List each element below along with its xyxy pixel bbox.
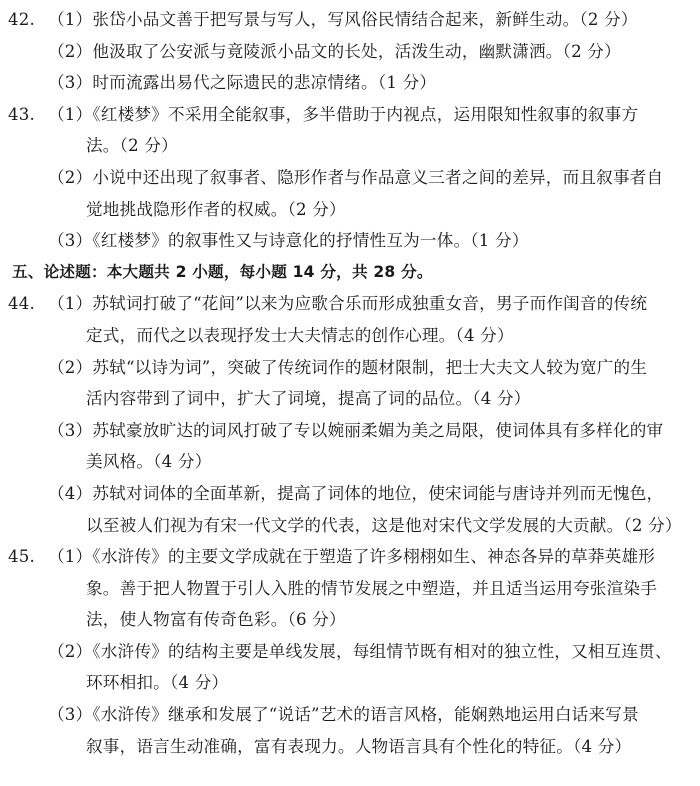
item-label: （3）	[48, 231, 92, 250]
item-text: 《水浒传》继承和发展了“说话”艺术的语言风格，能娴熟地运用白话来写景	[92, 705, 638, 724]
item-text: 《红楼梦》不采用全能叙事，多半借助于内视点，运用限知性叙事的叙事方	[92, 105, 638, 124]
q45-item3-cont: 叙事，语言生动准确，富有表现力。人物语言具有个性化的特征。（4 分）	[0, 731, 700, 763]
q45-item1: 45.（1）《水浒传》的主要文学成就在于塑造了许多栩栩如生、神态各异的草莽英雄形	[0, 541, 700, 573]
answer-document: 42.（1）张岱小品文善于把写景与写人，写风俗民情结合起来，新鲜生动。（2 分）…	[0, 4, 700, 762]
item-text: 张岱小品文善于把写景与写人，写风俗民情结合起来，新鲜生动。（2 分）	[92, 10, 637, 29]
q43-item1-cont: 法。（2 分）	[0, 130, 700, 162]
item-label: （2）	[48, 42, 92, 61]
item-label: （3）	[48, 421, 92, 440]
item-label: （4）	[48, 484, 92, 503]
q43-item3: （3）《红楼梦》的叙事性又与诗意化的抒情性互为一体。（1 分）	[0, 225, 700, 257]
q44-item2: （2）苏轼“以诗为词”，突破了传统词作的题材限制，把士大夫文人较为宽广的生	[0, 352, 700, 384]
q44-item4-cont: 以至被人们视为有宋一代文学的代表，这是他对宋代文学发展的大贡献。（2 分）	[0, 510, 700, 542]
item-label: （2）	[48, 168, 92, 187]
question-number: 44.	[0, 288, 48, 320]
item-text: 《红楼梦》的叙事性又与诗意化的抒情性互为一体。（1 分）	[92, 231, 528, 250]
q42-item3: （3）时而流露出易代之际遗民的悲凉情绪。（1 分）	[0, 67, 700, 99]
item-text: 时而流露出易代之际遗民的悲凉情绪。（1 分）	[92, 73, 436, 92]
q43-item1: 43.（1）《红楼梦》不采用全能叙事，多半借助于内视点，运用限知性叙事的叙事方	[0, 99, 700, 131]
q44-item2-cont: 活内容带到了词中，扩大了词境，提高了词的品位。（4 分）	[0, 383, 700, 415]
item-label: （1）	[48, 105, 92, 124]
item-text: 苏轼对词体的全面革新，提高了词体的地位，使宋词能与唐诗并列而无愧色，	[92, 484, 663, 503]
item-label: （3）	[48, 705, 92, 724]
q44-item1: 44.（1）苏轼词打破了“花间”以来为应歌合乐而形成独重女音，男子而作闺音的传统	[0, 288, 700, 320]
q45-item1-cont2: 法，使人物富有传奇色彩。（6 分）	[0, 604, 700, 636]
item-text: 《水浒传》的主要文学成就在于塑造了许多栩栩如生、神态各异的草莽英雄形	[92, 547, 655, 566]
item-text: 小说中还出现了叙事者、隐形作者与作品意义三者之间的差异，而且叙事者自	[92, 168, 663, 187]
item-text: 苏轼词打破了“花间”以来为应歌合乐而形成独重女音，男子而作闺音的传统	[92, 294, 647, 313]
question-number: 43.	[0, 99, 48, 131]
q42-item1: 42.（1）张岱小品文善于把写景与写人，写风俗民情结合起来，新鲜生动。（2 分）	[0, 4, 700, 36]
item-label: （1）	[48, 547, 92, 566]
q45-item2-cont: 环环相扣。（4 分）	[0, 667, 700, 699]
q45-item1-cont: 象。善于把人物置于引人入胜的情节发展之中塑造，并且适当运用夸张渲染手	[0, 573, 700, 605]
item-label: （1）	[48, 10, 92, 29]
item-label: （2）	[48, 642, 92, 661]
q43-item2-cont: 觉地挑战隐形作者的权威。（2 分）	[0, 194, 700, 226]
item-text: 他汲取了公安派与竟陵派小品文的长处，活泼生动，幽默潇洒。（2 分）	[92, 42, 621, 61]
section-heading: 五、论述题：本大题共 2 小题，每小题 14 分，共 28 分。	[0, 257, 700, 289]
q43-item2: （2）小说中还出现了叙事者、隐形作者与作品意义三者之间的差异，而且叙事者自	[0, 162, 700, 194]
q44-item4: （4）苏轼对词体的全面革新，提高了词体的地位，使宋词能与唐诗并列而无愧色，	[0, 478, 700, 510]
q44-item1-cont: 定式，而代之以表现抒发士大夫情志的创作心理。（4 分）	[0, 320, 700, 352]
item-text: 《水浒传》的结构主要是单线发展，每组情节既有相对的独立性，又相互连贯、	[92, 642, 671, 661]
q45-item3: （3）《水浒传》继承和发展了“说话”艺术的语言风格，能娴熟地运用白话来写景	[0, 699, 700, 731]
item-text: 苏轼“以诗为词”，突破了传统词作的题材限制，把士大夫文人较为宽广的生	[92, 358, 647, 377]
question-number: 42.	[0, 4, 48, 36]
q42-item2: （2）他汲取了公安派与竟陵派小品文的长处，活泼生动，幽默潇洒。（2 分）	[0, 36, 700, 68]
q44-item3: （3）苏轼豪放旷达的词风打破了专以婉丽柔媚为美之局限，使词体具有多样化的审	[0, 415, 700, 447]
q45-item2: （2）《水浒传》的结构主要是单线发展，每组情节既有相对的独立性，又相互连贯、	[0, 636, 700, 668]
item-label: （2）	[48, 358, 92, 377]
item-text: 苏轼豪放旷达的词风打破了专以婉丽柔媚为美之局限，使词体具有多样化的审	[92, 421, 663, 440]
item-label: （1）	[48, 294, 92, 313]
item-label: （3）	[48, 73, 92, 92]
q44-item3-cont: 美风格。（4 分）	[0, 446, 700, 478]
question-number: 45.	[0, 541, 48, 573]
